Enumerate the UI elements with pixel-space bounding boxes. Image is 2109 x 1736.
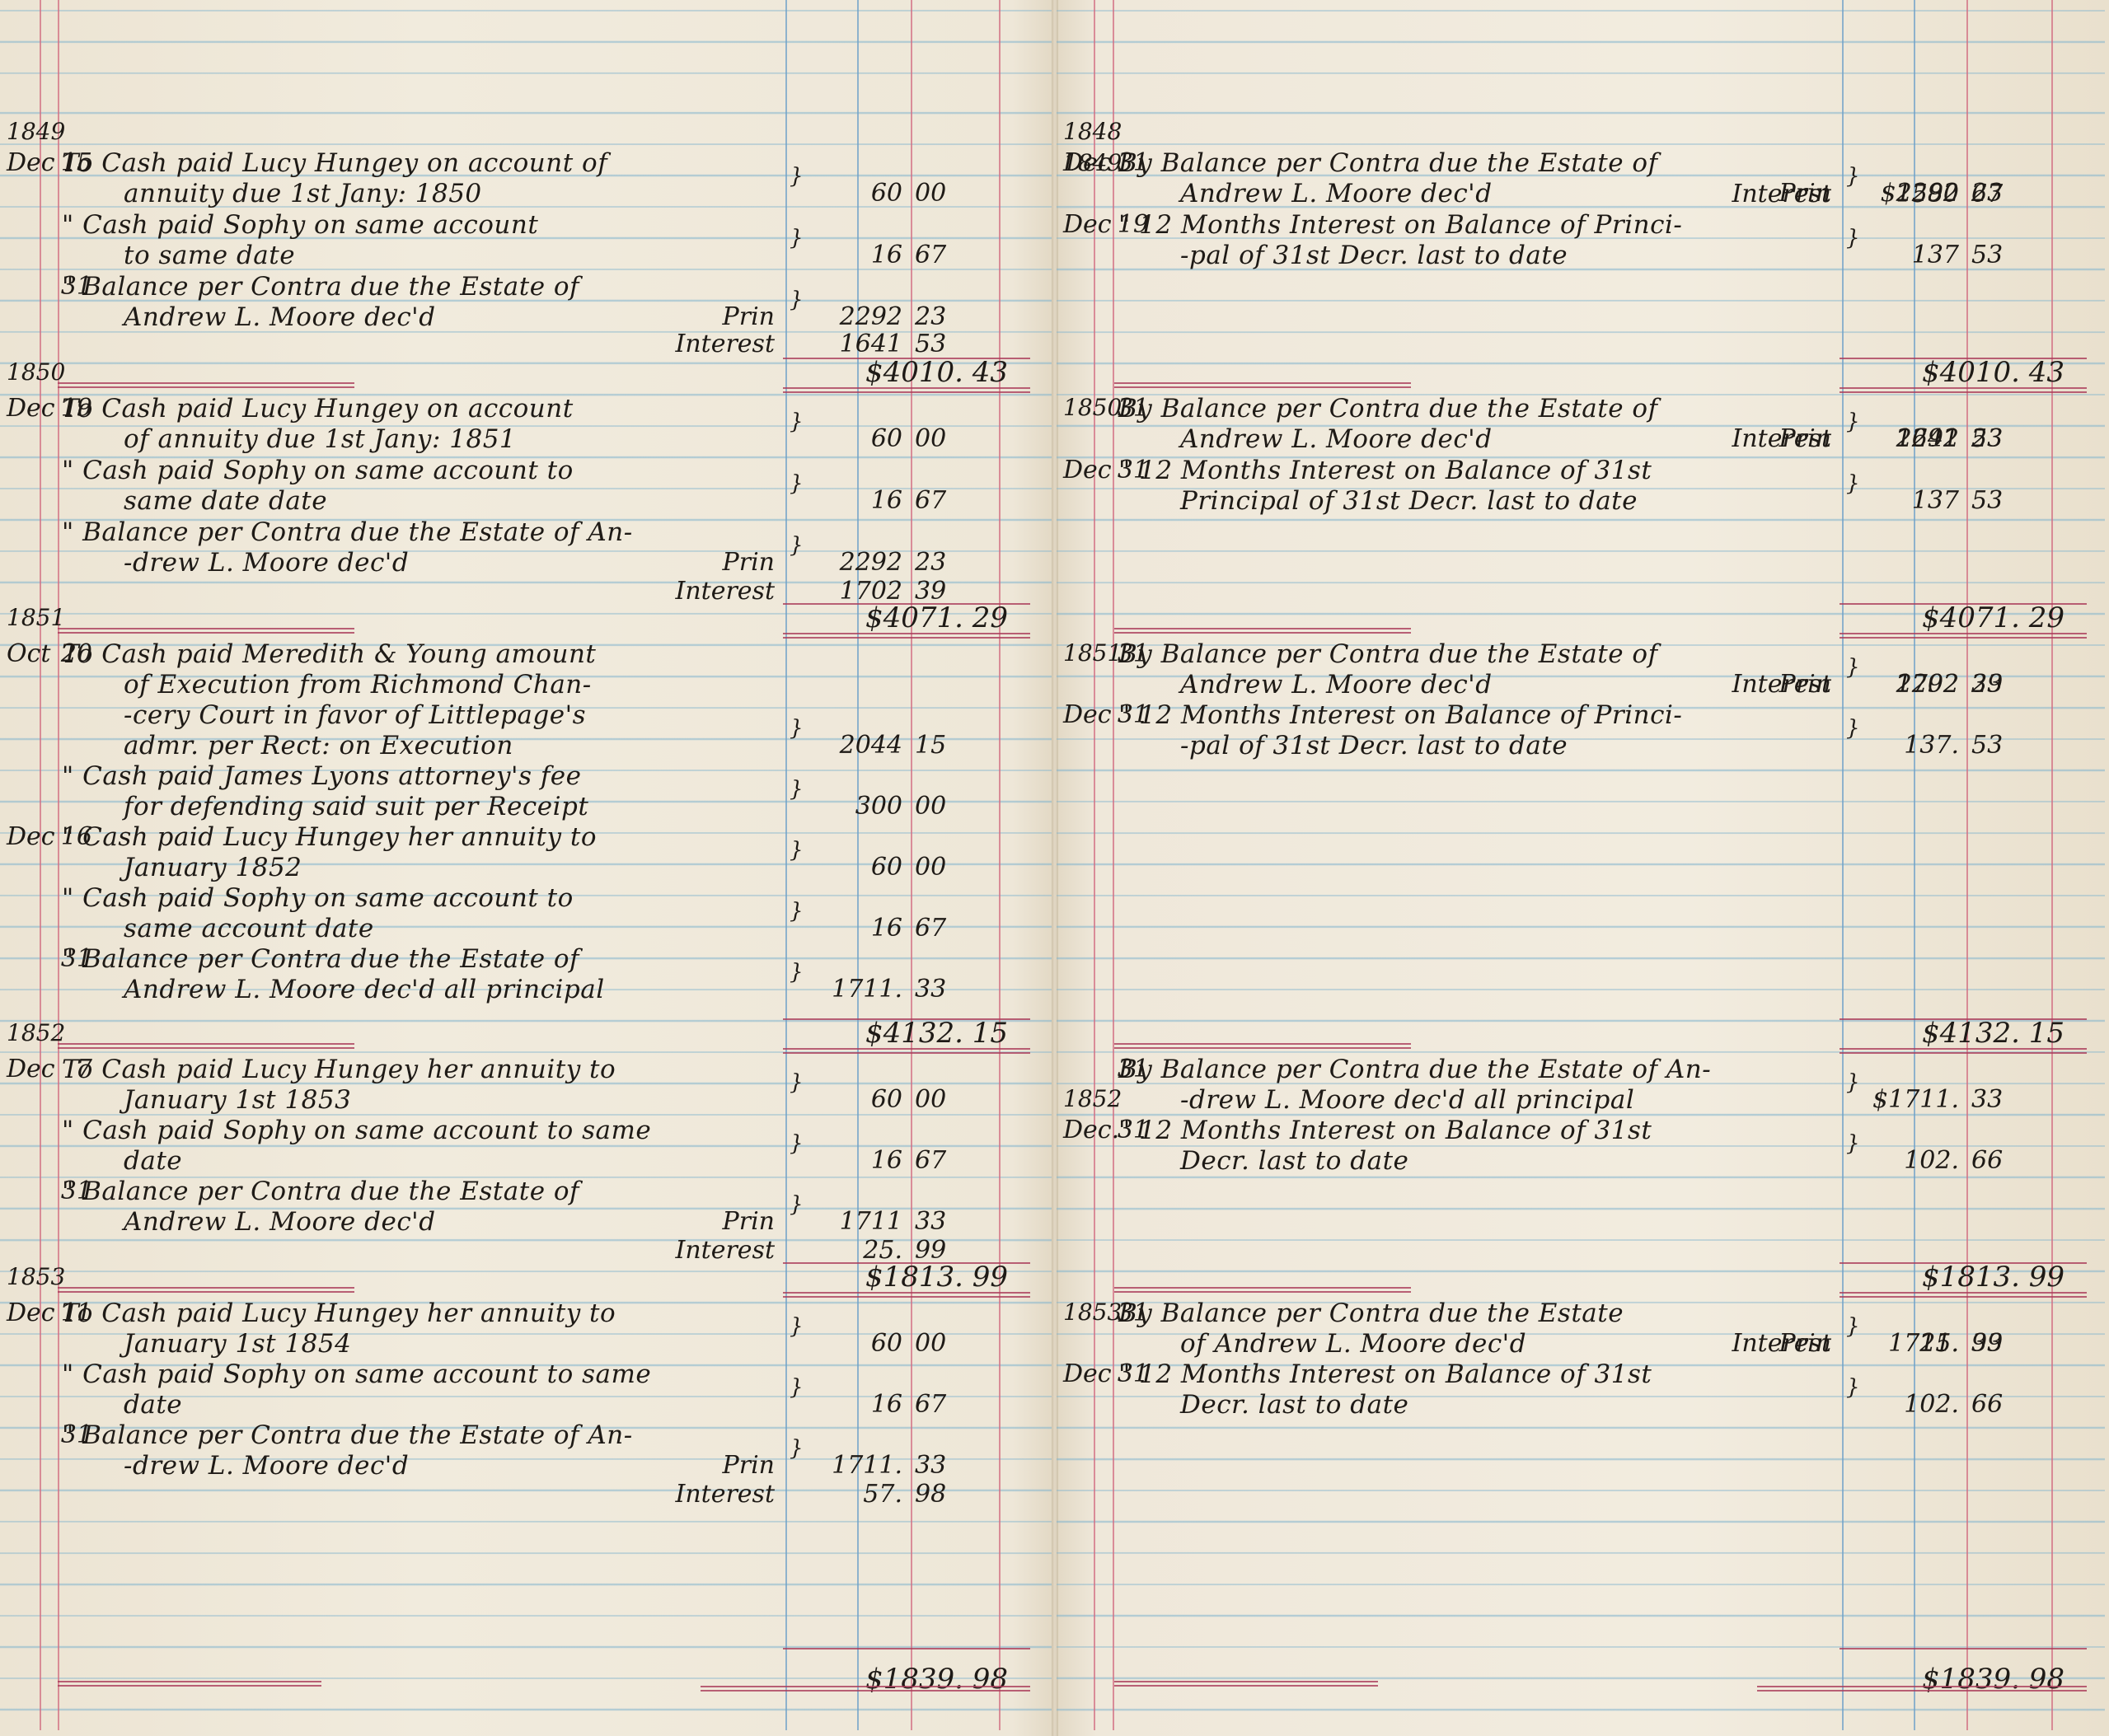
bracket-mark: } (790, 1070, 804, 1095)
bracket-mark: } (790, 777, 804, 802)
double-rule (1114, 1043, 1411, 1049)
entry-description: To Cash paid Lucy Hungey on account (62, 394, 574, 423)
entry-description: Andrew L. Moore dec'd (124, 1207, 436, 1237)
double-rule (1114, 1287, 1411, 1293)
double-rule (1757, 1686, 2087, 1692)
amount-cents: 00 (915, 179, 972, 208)
entry-description: annuity due 1st Jany: 1850 (124, 179, 482, 208)
bracket-mark: } (790, 1436, 804, 1461)
amount-dollars: 1702 (1860, 670, 1959, 700)
double-rule (1114, 1681, 1378, 1687)
amount-dollars: 2292 (804, 302, 902, 332)
amount-dollars: 102. (1860, 1146, 1959, 1176)
entry-description: same date date (124, 486, 327, 516)
amount-dollars: 2044 (804, 731, 902, 760)
bracket-mark: } (790, 1314, 804, 1339)
bracket-mark: } (790, 716, 804, 741)
bracket-mark: } (1846, 716, 1860, 741)
prin-interest-label: Interest (1708, 180, 1831, 209)
amount-dollars: 60 (804, 1329, 902, 1359)
prin-interest-label: Interest (1708, 1329, 1831, 1359)
amount-dollars: 137 (1860, 486, 1959, 516)
amount-cents: 67 (915, 241, 972, 270)
margin-rule (1094, 0, 1095, 1730)
entry-description: -drew L. Moore dec'd all principal (1180, 1085, 1634, 1115)
amount-cents: 00 (915, 1329, 972, 1359)
amount-dollars: 1580 (1860, 180, 1959, 209)
entry-description: January 1st 1853 (124, 1085, 351, 1115)
bracket-mark: } (790, 1131, 804, 1156)
entry-description: -cery Court in favor of Littlepage's (124, 700, 586, 730)
amount-cents: 67 (915, 1390, 972, 1420)
year-label: 1851 (7, 603, 65, 633)
left-page-debit: 1849Dec15To Cash paid Lucy Hungey on acc… (0, 0, 1052, 1730)
year-label: 1848 (1063, 117, 1122, 147)
amount-cents: 33 (1971, 1085, 2029, 1115)
amount-dollars: 16 (804, 486, 902, 516)
entry-description: By Balance per Contra due the Estate of … (1118, 1055, 1711, 1084)
year-label: 1853 (1063, 1298, 1122, 1327)
bracket-mark: } (790, 899, 804, 924)
prin-interest-label: Interest (1708, 424, 1831, 454)
amount-dollars: 137 (1860, 241, 1959, 270)
entry-description: Andrew L. Moore dec'd (1180, 179, 1493, 208)
column-rule (785, 0, 787, 1730)
double-rule (783, 633, 1030, 639)
bracket-mark: } (1846, 226, 1860, 250)
amount-dollars: 60 (804, 1085, 902, 1115)
bracket-mark: } (790, 409, 804, 434)
column-total: $4010. 43 (1922, 358, 2064, 387)
entry-description: " Cash paid Sophy on same account to (62, 456, 574, 485)
amount-cents: 33 (915, 975, 972, 1004)
entry-description: " 12 Months Interest on Balance of 31st (1118, 456, 1652, 485)
amount-cents: 53 (915, 330, 972, 359)
year-label: 1852 (1063, 1084, 1122, 1114)
amount-cents: 66 (1971, 1390, 2029, 1420)
amount-dollars: 57. (804, 1480, 902, 1509)
entry-description: admr. per Rect: on Execution (124, 731, 513, 760)
entry-description: date (124, 1390, 182, 1420)
bracket-mark: } (1846, 1131, 1860, 1156)
entry-description: January 1st 1854 (124, 1329, 351, 1359)
entry-description: " Balance per Contra due the Estate of (62, 272, 579, 302)
bracket-mark: } (790, 533, 804, 558)
column-total: $4071. 29 (865, 603, 1008, 633)
entry-description: -drew L. Moore dec'd (124, 1451, 409, 1481)
double-rule (783, 1048, 1030, 1054)
double-rule (58, 1681, 321, 1687)
amount-cents: 98 (915, 1480, 972, 1509)
amount-dollars: 16 (804, 1146, 902, 1176)
prin-interest-label: Prin (651, 548, 775, 578)
amount-dollars: 1711 (804, 1207, 902, 1237)
double-rule (701, 1686, 1030, 1692)
entry-description: same account date (124, 914, 374, 943)
amount-cents: 67 (915, 914, 972, 943)
margin-rule (58, 0, 59, 1730)
amount-cents: 99 (1971, 1329, 2029, 1359)
amount-dollars: 60 (804, 853, 902, 882)
year-label: 1849 (7, 117, 65, 147)
amount-cents: 53 (1971, 731, 2029, 760)
amount-cents: 53 (1971, 241, 2029, 270)
double-rule (783, 387, 1030, 393)
year-label: 1850 (1063, 393, 1122, 423)
bracket-mark: } (790, 1375, 804, 1400)
column-rule (1842, 0, 1844, 1730)
column-total: $4071. 29 (1922, 603, 2064, 633)
amount-dollars: 16 (804, 914, 902, 943)
amount-dollars: 102. (1860, 1390, 1959, 1420)
year-label: 1850 (7, 358, 65, 387)
entry-description: By Balance per Contra due the Estate of (1118, 148, 1658, 178)
amount-dollars: 2292 (804, 548, 902, 578)
column-total: $1813. 99 (865, 1262, 1008, 1292)
cents-column-rule (999, 0, 1001, 1730)
amount-cents: 33 (915, 1207, 972, 1237)
double-rule (58, 1287, 354, 1293)
amount-dollars: 60 (804, 424, 902, 454)
amount-cents: 23 (915, 302, 972, 332)
entry-description: -pal of 31st Decr. last to date (1180, 731, 1568, 760)
amount-dollars: 1711. (804, 1451, 902, 1481)
prin-interest-label: Prin (651, 302, 775, 332)
entry-description: " Cash paid Sophy on same account to (62, 883, 574, 913)
bracket-mark: } (1846, 655, 1860, 680)
bracket-mark: } (790, 164, 804, 189)
double-rule (58, 382, 354, 388)
double-rule (1840, 1292, 2087, 1298)
right-page-credit: 1848Dec31By Balance per Contra due the E… (1057, 0, 2105, 1730)
bracket-mark: } (1846, 1314, 1860, 1339)
column-total: $1813. 99 (1922, 1262, 2064, 1292)
amount-dollars: 1641 (1860, 424, 1959, 454)
prin-interest-label: Prin (651, 1207, 775, 1237)
amount-dollars: 1711. (804, 975, 902, 1004)
amount-cents: 23 (915, 548, 972, 578)
entry-description: " Cash paid Sophy on same account (62, 210, 538, 240)
entry-description: " Cash paid Sophy on same account to sam… (62, 1359, 651, 1389)
sum-rule (783, 1648, 1030, 1649)
entry-description: By Balance per Contra due the Estate of (1118, 394, 1658, 423)
entry-description: " Cash paid Lucy Hungey her annuity to (62, 822, 597, 852)
amount-dollars: $1711. (1860, 1085, 1959, 1115)
entry-description: To Cash paid Meredith & Young amount (62, 639, 596, 669)
double-rule (1840, 387, 2087, 393)
amount-cents: 53 (1971, 486, 2029, 516)
entry-description: To Cash paid Lucy Hungey her annuity to (62, 1298, 616, 1328)
entry-description: " Balance per Contra due the Estate of A… (62, 1420, 633, 1450)
entry-description: Decr. last to date (1180, 1146, 1408, 1176)
bracket-mark: } (1846, 471, 1860, 496)
bracket-mark: } (790, 226, 804, 250)
double-rule (1114, 382, 1411, 388)
prin-interest-label: Interest (651, 1480, 775, 1509)
double-rule (58, 628, 354, 634)
entry-description: -pal of 31st Decr. last to date (1180, 241, 1568, 270)
amount-cents: 15 (915, 731, 972, 760)
entry-description: January 1852 (124, 853, 302, 882)
amount-cents: 00 (915, 792, 972, 821)
entry-description: " 12 Months Interest on Balance of 31st (1118, 1359, 1652, 1389)
entry-description: " Balance per Contra due the Estate of (62, 944, 579, 974)
year-label: 1851 (1063, 639, 1122, 668)
prin-interest-label: Interest (651, 577, 775, 606)
entry-description: By Balance per Contra due the Estate (1118, 1298, 1624, 1328)
entry-description: " 12 Months Interest on Balance of 31st (1118, 1116, 1652, 1145)
entry-description: To Cash paid Lucy Hungey on account of (62, 148, 607, 178)
prin-interest-label: Interest (1708, 670, 1831, 700)
amount-dollars: 300 (804, 792, 902, 821)
bracket-mark: } (1846, 1070, 1860, 1095)
entry-description: for defending said suit per Receipt (124, 792, 588, 821)
bracket-mark: } (1846, 409, 1860, 434)
cents-column-rule (2051, 0, 2053, 1730)
entry-description: Andrew L. Moore dec'd (124, 302, 436, 332)
margin-rule (1113, 0, 1114, 1730)
entry-description: Andrew L. Moore dec'd all principal (124, 975, 605, 1004)
amount-cents: 39 (1971, 670, 2029, 700)
sum-rule (1840, 1648, 2087, 1649)
amount-cents: 00 (915, 1085, 972, 1115)
entry-description: of annuity due 1st Jany: 1851 (124, 424, 516, 454)
amount-dollars: 16 (804, 1390, 902, 1420)
prin-interest-label: Interest (651, 330, 775, 359)
amount-cents: 53 (1971, 424, 2029, 454)
entry-description: " Balance per Contra due the Estate of A… (62, 517, 633, 547)
entry-description: Andrew L. Moore dec'd (1180, 424, 1493, 454)
amount-dollars: 137. (1860, 731, 1959, 760)
bracket-mark: } (790, 288, 804, 312)
entry-description: " 12 Months Interest on Balance of Princ… (1118, 210, 1682, 240)
entry-description: " Cash paid James Lyons attorney's fee (62, 761, 582, 791)
entry-description: -drew L. Moore dec'd (124, 548, 409, 578)
year-label: 1853 (7, 1262, 65, 1292)
column-total: $4010. 43 (865, 358, 1008, 387)
margin-rule (40, 0, 41, 1730)
prin-interest-label: Interest (651, 1236, 775, 1266)
entry-description: to same date (124, 241, 295, 270)
entry-description: of Andrew L. Moore dec'd (1180, 1329, 1526, 1359)
entry-description: To Cash paid Lucy Hungey her annuity to (62, 1055, 616, 1084)
year-label: 1849 (1063, 148, 1122, 178)
amount-cents: 00 (915, 853, 972, 882)
bracket-mark: } (790, 471, 804, 496)
dollar-column-rule (911, 0, 912, 1730)
column-total: $4132. 15 (1922, 1018, 2064, 1048)
amount-cents: 33 (915, 1451, 972, 1481)
entry-description: of Execution from Richmond Chan- (124, 670, 592, 700)
amount-dollars: 60 (804, 179, 902, 208)
prin-interest-label: Prin (651, 1451, 775, 1481)
entry-description: " Cash paid Sophy on same account to sam… (62, 1116, 651, 1145)
entry-description: " 12 Months Interest on Balance of Princ… (1118, 700, 1682, 730)
ledger-spread: 1849Dec15To Cash paid Lucy Hungey on acc… (0, 0, 2109, 1736)
bracket-mark: } (1846, 1375, 1860, 1400)
amount-cents: 67 (1971, 180, 2029, 209)
double-rule (1114, 628, 1411, 634)
amount-cents: 00 (915, 424, 972, 454)
double-rule (783, 1292, 1030, 1298)
bracket-mark: } (790, 960, 804, 985)
year-label: 1852 (7, 1018, 65, 1048)
entry-description: By Balance per Contra due the Estate of (1118, 639, 1658, 669)
amount-cents: 66 (1971, 1146, 2029, 1176)
double-rule (1840, 633, 2087, 639)
bracket-mark: } (790, 1192, 804, 1217)
column-total: $4132. 15 (865, 1018, 1008, 1048)
amount-dollars: 16 (804, 241, 902, 270)
double-rule (58, 1043, 354, 1049)
entry-description: Principal of 31st Decr. last to date (1180, 486, 1638, 516)
amount-cents: 67 (915, 486, 972, 516)
dollar-column-rule (1966, 0, 1968, 1730)
entry-description: date (124, 1146, 182, 1176)
entry-description: " Balance per Contra due the Estate of (62, 1177, 579, 1206)
amount-dollars: 1641 (804, 330, 902, 359)
bracket-mark: } (790, 838, 804, 863)
entry-description: Decr. last to date (1180, 1390, 1408, 1420)
amount-cents: 67 (915, 1146, 972, 1176)
amount-dollars: 25. (1860, 1329, 1959, 1359)
entry-description: Andrew L. Moore dec'd (1180, 670, 1493, 700)
bracket-mark: } (1846, 164, 1860, 189)
double-rule (1840, 1048, 2087, 1054)
